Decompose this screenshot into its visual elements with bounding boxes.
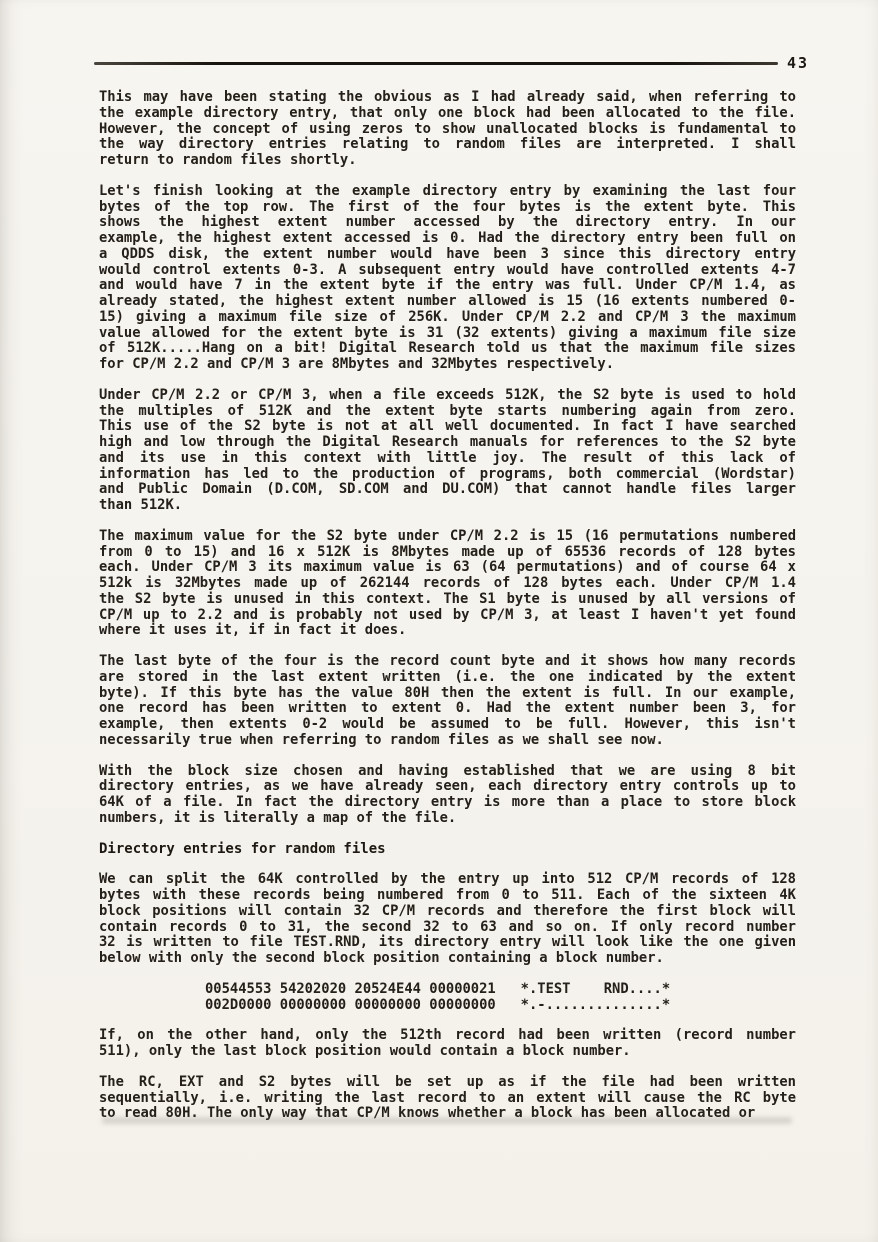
text-line: high and low through the Digital Researc… bbox=[99, 435, 796, 451]
paragraph-9: The RC, EXT and S2 bytes will be set up … bbox=[99, 1075, 796, 1122]
text-line: We can split the 64K controlled by the e… bbox=[99, 872, 796, 888]
text-line: 32 is written to file TEST.RND, its dire… bbox=[99, 935, 796, 951]
text-line: sequentially, i.e. writing the last reco… bbox=[99, 1091, 796, 1107]
text-line: 64K of a file. In fact the directory ent… bbox=[99, 795, 796, 811]
paragraph-6: With the block size chosen and having es… bbox=[99, 764, 796, 827]
text-line: contain records 0 to 31, the second 32 t… bbox=[99, 920, 796, 936]
text-line: the multiples of 512K and the extent byt… bbox=[99, 404, 796, 420]
page-number: 43 bbox=[787, 54, 809, 72]
text-line: 00544553 54202020 20524E44 00000021 *.TE… bbox=[205, 982, 796, 998]
horizontal-rule bbox=[94, 62, 778, 65]
text-line: directory entries, as we have already se… bbox=[99, 779, 796, 795]
text-line: 15) giving a maximum file size of 256K. … bbox=[99, 310, 796, 326]
paragraph-3: Under CP/M 2.2 or CP/M 3, when a file ex… bbox=[99, 388, 796, 514]
paragraph-7: We can split the 64K controlled by the e… bbox=[99, 872, 796, 967]
text-column: This may have been stating the obvious a… bbox=[99, 90, 796, 1137]
text-line: CP/M up to 2.2 and is probably not used … bbox=[99, 608, 796, 624]
text-line: and Public Domain (D.COM, SD.COM and DU.… bbox=[99, 482, 796, 498]
text-line: return to random files shortly. bbox=[99, 153, 796, 169]
text-line: 511), only the last block position would… bbox=[99, 1044, 796, 1060]
text-line: already stated, the highest extent numbe… bbox=[99, 294, 796, 310]
text-line: are stored in the last extent written (i… bbox=[99, 670, 796, 686]
text-line: one record has been written to extent 0.… bbox=[99, 701, 796, 717]
paragraph-1: This may have been stating the obvious a… bbox=[99, 90, 796, 169]
text-line: With the block size chosen and having es… bbox=[99, 764, 796, 780]
text-line: The last byte of the four is the record … bbox=[99, 654, 796, 670]
page-header: 43 bbox=[94, 54, 810, 72]
paragraph-5: The last byte of the four is the record … bbox=[99, 654, 796, 749]
text-line: of 512K.....Hang on a bit! Digital Resea… bbox=[99, 341, 796, 357]
text-line: The maximum value for the S2 byte under … bbox=[99, 529, 796, 545]
text-line: value allowed for the extent byte is 31 … bbox=[99, 326, 796, 342]
text-line: and its use in this context with little … bbox=[99, 451, 796, 467]
paragraph-2: Let's finish looking at the example dire… bbox=[99, 184, 796, 373]
text-line: example, then extents 0-2 would be assum… bbox=[99, 717, 796, 733]
text-line: bytes of the top row. The first of the f… bbox=[99, 200, 796, 216]
text-line: 512k is 32Mbytes made up of 262144 recor… bbox=[99, 576, 796, 592]
text-line: than 512K. bbox=[99, 498, 796, 514]
text-line: numbers, it is literally a map of the fi… bbox=[99, 811, 796, 827]
text-line: This may have been stating the obvious a… bbox=[99, 90, 796, 106]
text-line: Under CP/M 2.2 or CP/M 3, when a file ex… bbox=[99, 388, 796, 404]
text-line: the way directory entries relating to ra… bbox=[99, 137, 796, 153]
text-line: The RC, EXT and S2 bytes will be set up … bbox=[99, 1075, 796, 1091]
scan-bleed-artifact bbox=[102, 1117, 792, 1124]
paragraph-8: If, on the other hand, only the 512th re… bbox=[99, 1028, 796, 1060]
text-line: a QDDS disk, the extent number would hav… bbox=[99, 247, 796, 263]
text-line: information has led to the production of… bbox=[99, 467, 796, 483]
text-line: shows the highest extent number accessed… bbox=[99, 215, 796, 231]
text-line: byte). If this byte has the value 80H th… bbox=[99, 686, 796, 702]
text-line: each. Under CP/M 3 its maximum value is … bbox=[99, 560, 796, 576]
text-line: bytes with these records being numbered … bbox=[99, 888, 796, 904]
text-line: However, the concept of using zeros to s… bbox=[99, 122, 796, 138]
text-line: block positions will contain 32 CP/M rec… bbox=[99, 904, 796, 920]
text-line: 002D0000 00000000 00000000 00000000 *.-.… bbox=[205, 998, 796, 1014]
text-line: This use of the S2 byte is not at all we… bbox=[99, 419, 796, 435]
text-line: for CP/M 2.2 and CP/M 3 are 8Mbytes and … bbox=[99, 357, 796, 373]
text-line: from 0 to 15) and 16 x 512K is 8Mbytes m… bbox=[99, 545, 796, 561]
scanned-page: 43 This may have been stating the obviou… bbox=[0, 0, 878, 1242]
text-line: example, the highest extent accessed is … bbox=[99, 231, 796, 247]
text-line: would control extents 0-3. A subsequent … bbox=[99, 263, 796, 279]
text-line: the example directory entry, that only o… bbox=[99, 106, 796, 122]
text-line: necessarily true when referring to rando… bbox=[99, 733, 796, 749]
paragraph-4: The maximum value for the S2 byte under … bbox=[99, 529, 796, 639]
text-line: and would have 7 in the extent byte if t… bbox=[99, 278, 796, 294]
text-line: below with only the second block positio… bbox=[99, 951, 796, 967]
text-line: where it uses it, if in fact it does. bbox=[99, 623, 796, 639]
text-line: If, on the other hand, only the 512th re… bbox=[99, 1028, 796, 1044]
hex-dump-block: 00544553 54202020 20524E44 00000021 *.TE… bbox=[99, 982, 796, 1014]
section-heading: Directory entries for random files bbox=[99, 842, 796, 858]
text-line: the S2 byte is unused in this context. T… bbox=[99, 592, 796, 608]
text-line: Let's finish looking at the example dire… bbox=[99, 184, 796, 200]
